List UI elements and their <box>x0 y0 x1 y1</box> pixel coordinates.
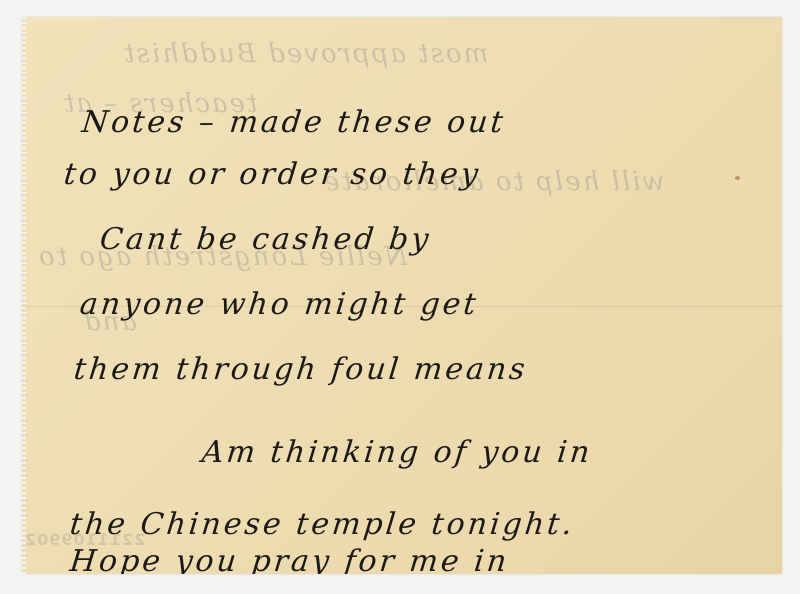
letter-line-6: Am thinking of you in <box>200 435 594 470</box>
letter-line-4: anyone who might get <box>78 287 480 322</box>
letter-line-2: to you or order so they <box>62 157 482 192</box>
letter-page: most approved Buddhist teachers – at wil… <box>22 17 782 574</box>
letter-line-3: Cant be cashed by <box>98 222 433 257</box>
archive-stamp: 2211109902 <box>24 530 145 549</box>
paper-stain <box>735 176 740 180</box>
letter-line-5: them through foul means <box>72 352 529 387</box>
letter-line-1: Notes – made these out <box>80 105 507 140</box>
bleed-through-line: most approved Buddhist <box>122 39 488 69</box>
